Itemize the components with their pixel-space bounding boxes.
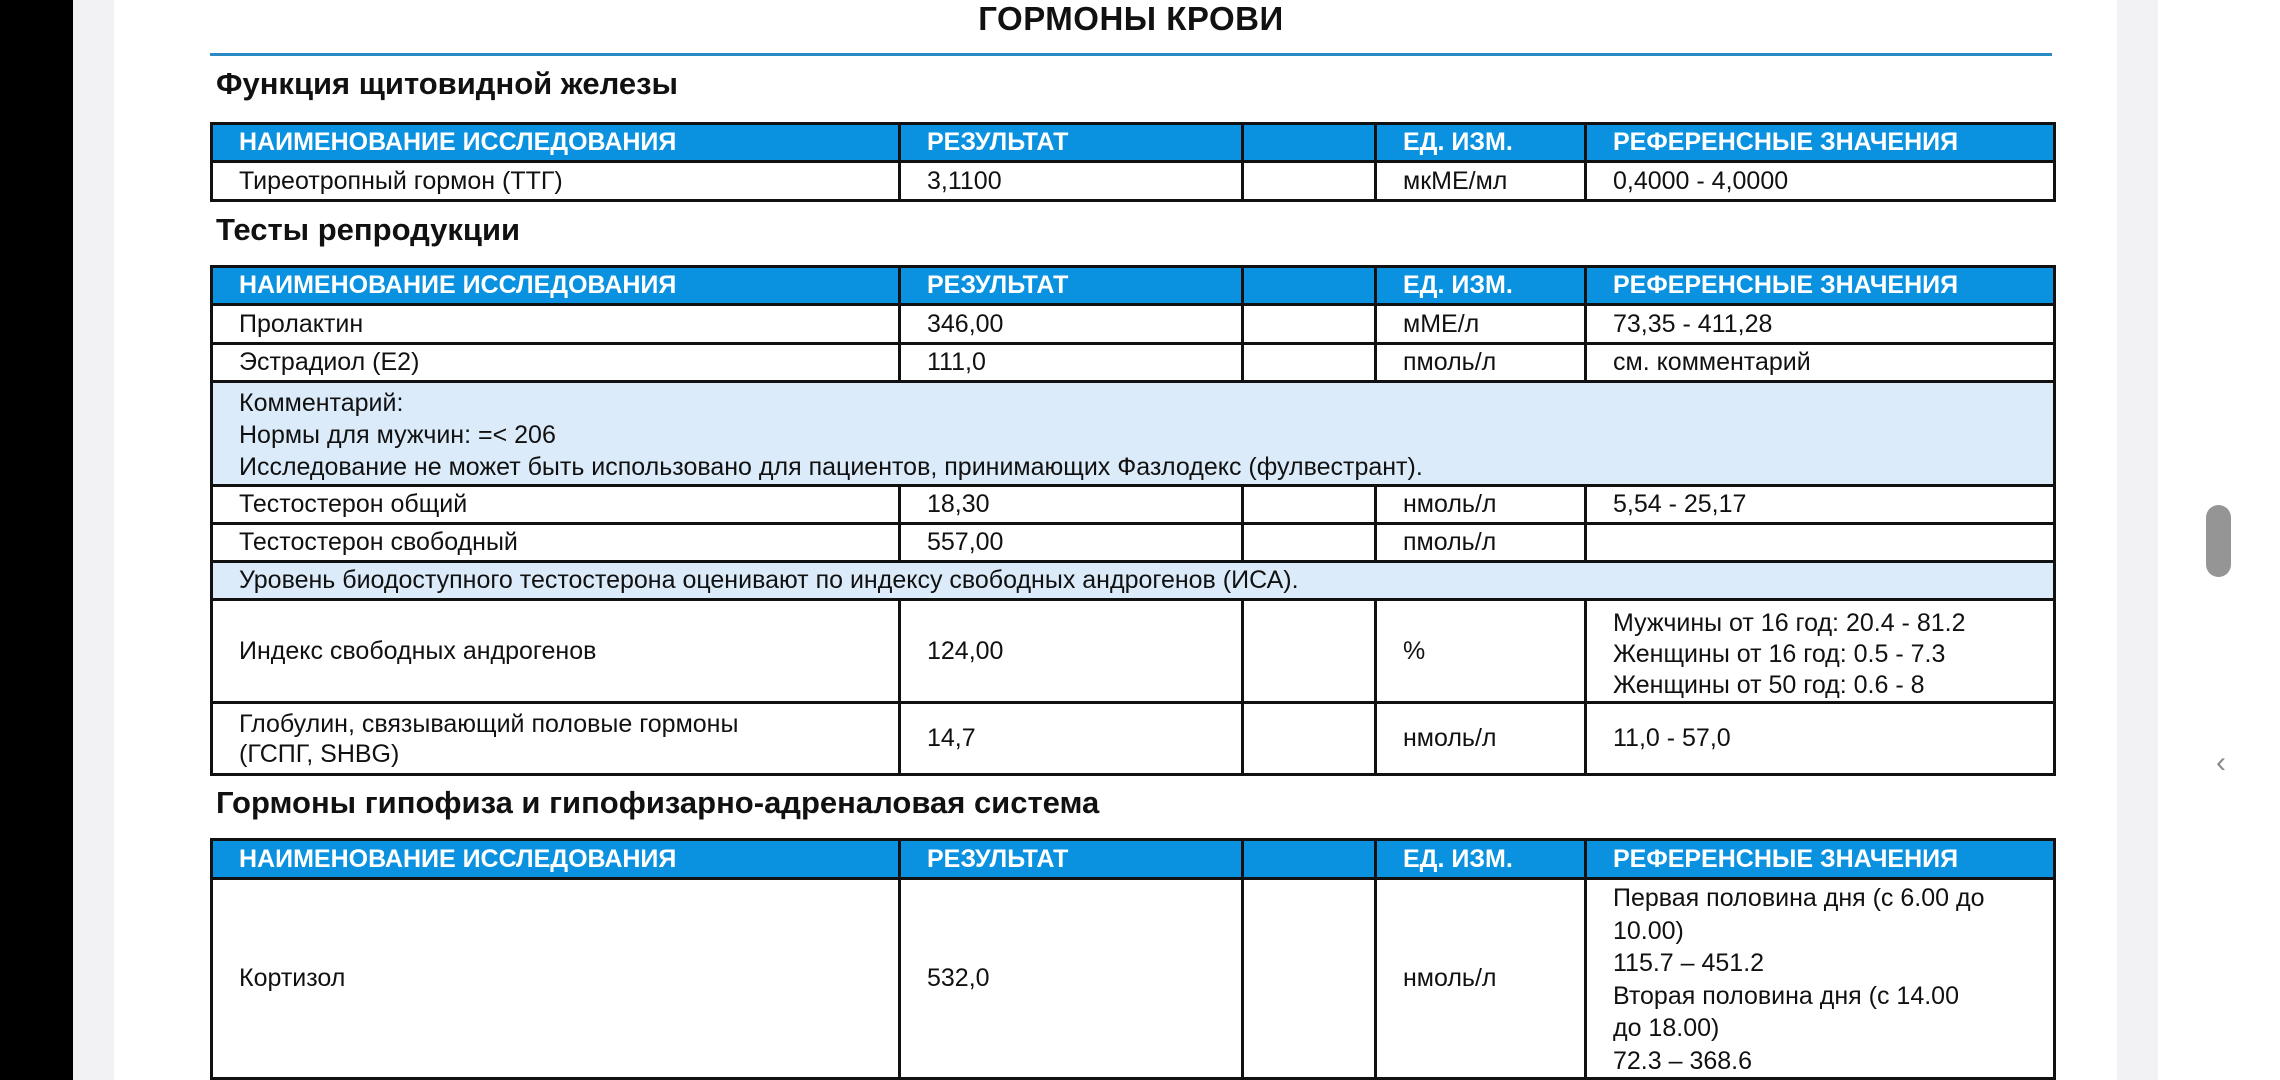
test-reference: 0,4000 - 4,0000 [1586, 162, 2055, 201]
col-result: РЕЗУЛЬТАТ [900, 124, 1243, 162]
test-reference: Мужчины от 16 год: 20.4 - 81.2 Женщины о… [1586, 600, 2055, 703]
table-header: НАИМЕНОВАНИЕ ИССЛЕДОВАНИЯ РЕЗУЛЬТАТ ЕД. … [212, 840, 2055, 879]
test-reference: см. комментарий [1586, 344, 2055, 382]
test-result: 346,00 [900, 305, 1243, 344]
viewer-gutter-left [73, 0, 114, 1080]
comment-row: Комментарий: Нормы для мужчин: =< 206 Ис… [212, 382, 2055, 486]
col-flag [1243, 267, 1376, 305]
test-name: Тестостерон общий [212, 486, 900, 524]
col-name: НАИМЕНОВАНИЕ ИССЛЕДОВАНИЯ [212, 267, 900, 305]
table-row: Эстрадиол (E2) 111,0 пмоль/л см. коммент… [212, 344, 2055, 382]
scrollbar-thumb[interactable] [2206, 505, 2231, 577]
test-name: Тиреотропный гормон (ТТГ) [212, 162, 900, 201]
section-title-thyroid: Функция щитовидной железы [216, 66, 678, 102]
test-reference: 73,35 - 411,28 [1586, 305, 2055, 344]
reference-line: Вторая половина дня (с 14.00 [1613, 980, 2053, 1013]
pituitary-table: НАИМЕНОВАНИЕ ИССЛЕДОВАНИЯ РЕЗУЛЬТАТ ЕД. … [210, 838, 2056, 1080]
reference-line: 10.00) [1613, 915, 2053, 948]
name-line: Глобулин, связывающий половые гормоны [239, 709, 898, 739]
test-unit: нмоль/л [1376, 703, 1586, 775]
table-row: Тестостерон общий 18,30 нмоль/л 5,54 - 2… [212, 486, 2055, 524]
table-header: НАИМЕНОВАНИЕ ИССЛЕДОВАНИЯ РЕЗУЛЬТАТ ЕД. … [212, 267, 2055, 305]
chevron-left-icon[interactable]: ‹ [2216, 748, 2236, 778]
col-result: РЕЗУЛЬТАТ [900, 267, 1243, 305]
test-result: 532,0 [900, 879, 1243, 1079]
reference-line: до 18.00) [1613, 1012, 2053, 1045]
test-name: Кортизол [212, 879, 900, 1079]
col-unit: ЕД. ИЗМ. [1376, 124, 1586, 162]
section-title-reproduction: Тесты репродукции [216, 212, 520, 248]
reference-line: Первая половина дня (с 6.00 до [1613, 882, 2053, 915]
test-unit: мМЕ/л [1376, 305, 1586, 344]
col-unit: ЕД. ИЗМ. [1376, 840, 1586, 879]
col-flag [1243, 840, 1376, 879]
comment-line: Нормы для мужчин: =< 206 [239, 419, 2053, 451]
viewer-gutter-right [2117, 0, 2158, 1080]
section-title-pituitary: Гормоны гипофиза и гипофизарно-адреналов… [216, 785, 1099, 821]
test-unit: пмоль/л [1376, 344, 1586, 382]
test-flag [1243, 162, 1376, 201]
test-flag [1243, 703, 1376, 775]
reference-line: Женщины от 16 год: 0.5 - 7.3 [1613, 639, 2053, 670]
note-text: Уровень биодоступного тестостерона оцени… [212, 562, 2055, 600]
col-unit: ЕД. ИЗМ. [1376, 267, 1586, 305]
test-reference: Первая половина дня (с 6.00 до 10.00) 11… [1586, 879, 2055, 1079]
col-flag [1243, 124, 1376, 162]
reference-line: Женщины от 50 год: 0.6 - 8 [1613, 670, 2053, 701]
reference-line: 72.3 – 368.6 [1613, 1045, 2053, 1078]
test-result: 18,30 [900, 486, 1243, 524]
test-result: 111,0 [900, 344, 1243, 382]
col-name: НАИМЕНОВАНИЕ ИССЛЕДОВАНИЯ [212, 840, 900, 879]
test-flag [1243, 486, 1376, 524]
col-name: НАИМЕНОВАНИЕ ИССЛЕДОВАНИЯ [212, 124, 900, 162]
col-reference: РЕФЕРЕНСНЫЕ ЗНАЧЕНИЯ [1586, 124, 2055, 162]
comment-line: Комментарий: [239, 387, 2053, 419]
title-divider [210, 53, 2052, 56]
comment-text: Комментарий: Нормы для мужчин: =< 206 Ис… [212, 382, 2055, 486]
table-row: Глобулин, связывающий половые гормоны (Г… [212, 703, 2055, 775]
table-row: Кортизол 532,0 нмоль/л Первая половина д… [212, 879, 2055, 1079]
test-flag [1243, 305, 1376, 344]
test-unit: мкМЕ/мл [1376, 162, 1586, 201]
test-reference: 5,54 - 25,17 [1586, 486, 2055, 524]
col-result: РЕЗУЛЬТАТ [900, 840, 1243, 879]
table-row: Индекс свободных андрогенов 124,00 % Муж… [212, 600, 2055, 703]
table-row: Пролактин 346,00 мМЕ/л 73,35 - 411,28 [212, 305, 2055, 344]
name-line: (ГСПГ, SHBG) [239, 739, 898, 769]
test-result: 557,00 [900, 524, 1243, 562]
table-row: Тестостерон свободный 557,00 пмоль/л [212, 524, 2055, 562]
thyroid-table: НАИМЕНОВАНИЕ ИССЛЕДОВАНИЯ РЕЗУЛЬТАТ ЕД. … [210, 122, 2056, 202]
test-name: Эстрадиол (E2) [212, 344, 900, 382]
test-flag [1243, 879, 1376, 1079]
test-flag [1243, 600, 1376, 703]
test-unit: % [1376, 600, 1586, 703]
document-title: ГОРМОНЫ КРОВИ [210, 2, 2052, 36]
test-name: Глобулин, связывающий половые гормоны (Г… [212, 703, 900, 775]
test-unit: пмоль/л [1376, 524, 1586, 562]
reproduction-table: НАИМЕНОВАНИЕ ИССЛЕДОВАНИЯ РЕЗУЛЬТАТ ЕД. … [210, 265, 2056, 776]
test-result: 124,00 [900, 600, 1243, 703]
reference-line: Мужчины от 16 год: 20.4 - 81.2 [1613, 608, 2053, 639]
test-result: 3,1100 [900, 162, 1243, 201]
col-reference: РЕФЕРЕНСНЫЕ ЗНАЧЕНИЯ [1586, 267, 2055, 305]
table-header: НАИМЕНОВАНИЕ ИССЛЕДОВАНИЯ РЕЗУЛЬТАТ ЕД. … [212, 124, 2055, 162]
test-name: Индекс свободных андрогенов [212, 600, 900, 703]
col-reference: РЕФЕРЕНСНЫЕ ЗНАЧЕНИЯ [1586, 840, 2055, 879]
test-reference: 11,0 - 57,0 [1586, 703, 2055, 775]
test-unit: нмоль/л [1376, 486, 1586, 524]
test-result: 14,7 [900, 703, 1243, 775]
test-name: Пролактин [212, 305, 900, 344]
note-row: Уровень биодоступного тестостерона оцени… [212, 562, 2055, 600]
table-row: Тиреотропный гормон (ТТГ) 3,1100 мкМЕ/мл… [212, 162, 2055, 201]
test-unit: нмоль/л [1376, 879, 1586, 1079]
reference-line: 115.7 – 451.2 [1613, 947, 2053, 980]
screen-edge [0, 0, 73, 1080]
test-name: Тестостерон свободный [212, 524, 900, 562]
comment-line: Исследование не может быть использовано … [239, 451, 2053, 483]
test-flag [1243, 524, 1376, 562]
test-flag [1243, 344, 1376, 382]
test-reference [1586, 524, 2055, 562]
